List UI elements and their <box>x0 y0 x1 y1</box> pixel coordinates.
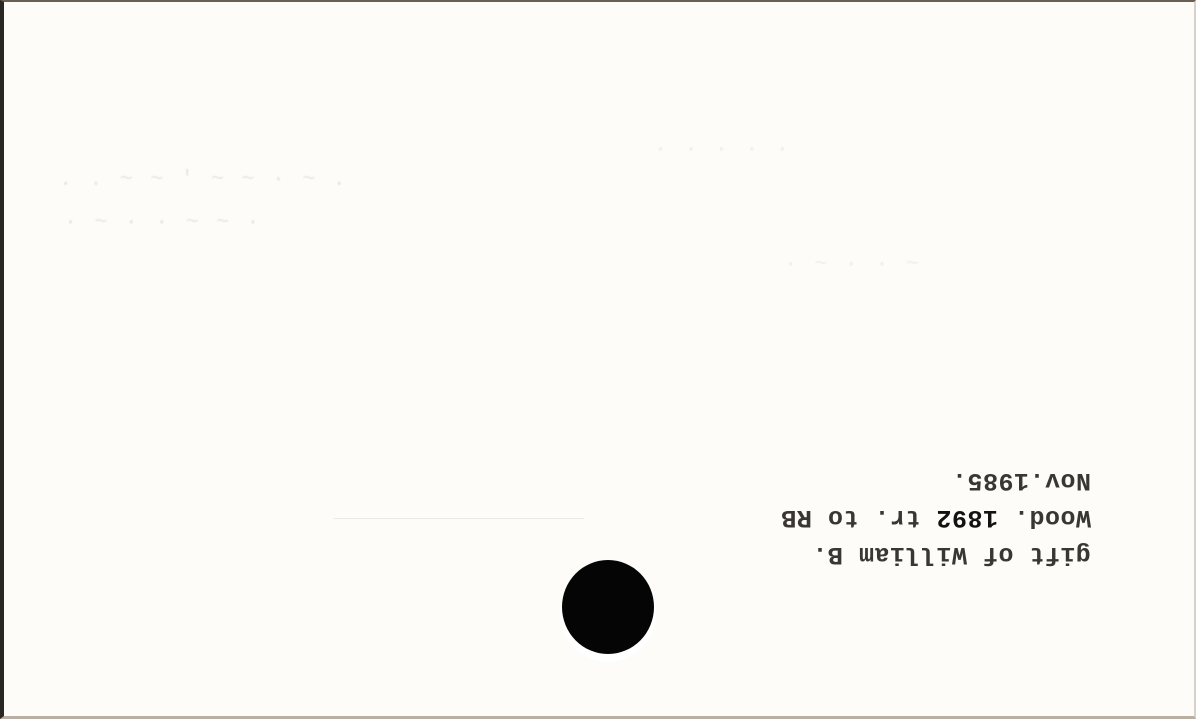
typed-notation: gift of William B. Wood. 1892 tr. to RB … <box>701 462 1091 573</box>
punch-hole <box>562 560 654 654</box>
typed-line-wood: Wood. 1892 tr. to RB <box>701 499 1091 536</box>
bleed-through-text: · · · · · <box>654 137 791 162</box>
faint-rule <box>334 518 584 519</box>
year-handwritten: 1892 <box>936 503 998 532</box>
typed-line-gift: gift of William B. <box>701 536 1091 573</box>
catalog-card: . . ~ ~ ' ~ ~ · ~ . · ~ · · ~ ~ · · · · … <box>0 0 1196 719</box>
bleed-through-text: . . ~ ~ ' ~ ~ · ~ . <box>59 167 348 192</box>
line-prefix: Wood. <box>998 503 1091 532</box>
bleed-through-text: · ~ · · ~ <box>784 252 921 277</box>
bleed-through-text: · ~ · · ~ ~ · <box>64 210 262 235</box>
typed-line-date: Nov.1985. <box>701 462 1091 499</box>
line-suffix: tr. to RB <box>781 503 936 532</box>
